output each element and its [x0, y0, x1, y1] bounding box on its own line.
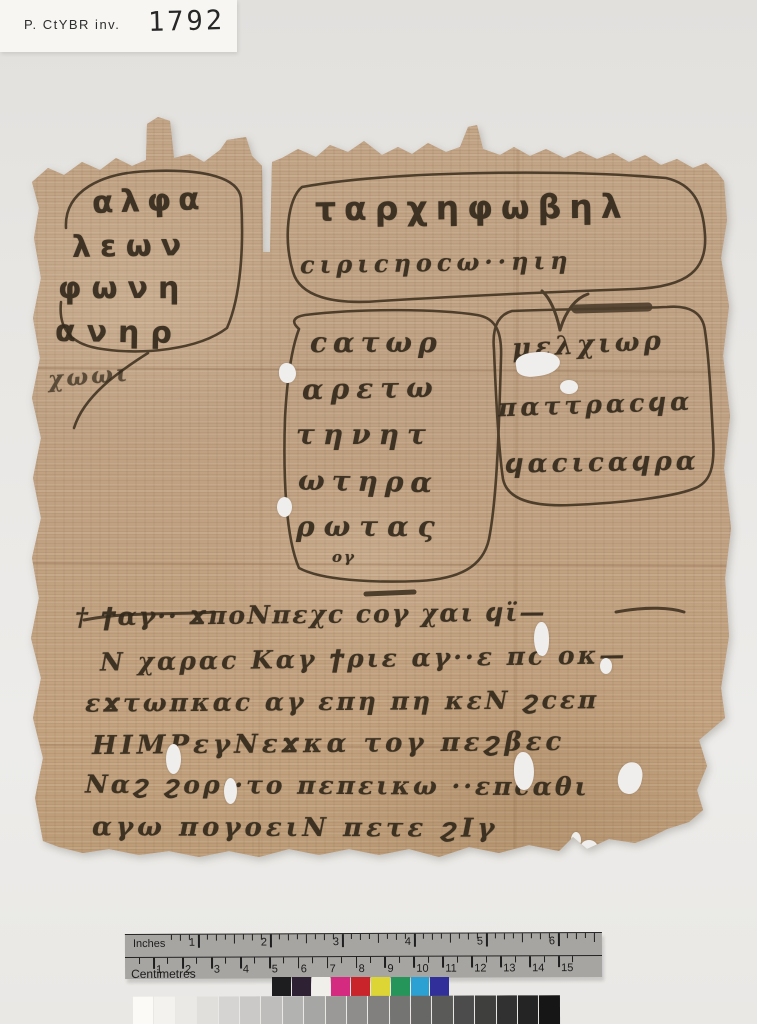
lacuna — [600, 658, 612, 674]
color-patch — [292, 977, 311, 996]
ruler-tick — [351, 934, 352, 939]
ruler-tick — [225, 935, 226, 940]
ruler-tick — [327, 957, 329, 968]
ruler-tick — [225, 958, 226, 964]
ruler-tick — [450, 934, 451, 943]
ruler-inch-number: 3 — [325, 936, 339, 948]
grayscale-patch — [497, 995, 517, 1024]
cartouche-sator-line: αρετω — [302, 371, 440, 406]
grayscale-patch — [368, 996, 388, 1024]
ruler-tick — [522, 933, 523, 942]
ruler-tick — [387, 934, 388, 939]
crease-line — [30, 563, 728, 566]
ruler-tick — [513, 933, 514, 938]
ruler-tick — [423, 934, 424, 939]
ruler-inch-number: 5 — [469, 935, 483, 947]
ruler-tick — [531, 933, 532, 938]
color-patch — [430, 977, 449, 996]
main-text-line: αγω πογοειΝ πετε ϩΙγ — [92, 812, 499, 843]
grayscale-patch — [454, 996, 474, 1024]
cartouche-sator-below: ογ — [332, 548, 356, 566]
color-patch — [391, 977, 410, 996]
cartouche-voces-line: ταρχηφωβηλ — [315, 187, 630, 229]
ruler-tick — [567, 933, 568, 938]
lacuna — [571, 832, 581, 848]
color-patch — [411, 977, 430, 996]
ruler: Inches 123456 Centimetres 12345678910111… — [125, 932, 602, 979]
ruler-tick — [495, 933, 496, 938]
ruler-tick — [384, 957, 386, 968]
grayscale-patch — [133, 997, 153, 1024]
ruler-tick — [370, 957, 371, 963]
cartouche-sator-line: τηνητ — [296, 418, 434, 451]
ruler-cm-number: 9 — [387, 963, 393, 975]
ruler-cm-number: 6 — [301, 963, 307, 975]
ruler-inch-number: 4 — [397, 936, 411, 948]
ruler-tick — [442, 957, 444, 968]
ruler-tick — [153, 958, 155, 969]
grayscale-patch — [283, 996, 303, 1024]
ruler-cm-number: 13 — [503, 962, 515, 974]
color-patch — [331, 977, 350, 996]
grayscale-patch — [325, 996, 345, 1024]
ruler-cm-number: 11 — [445, 963, 456, 975]
ruler-tick — [207, 935, 208, 940]
ruler-tick — [306, 934, 307, 943]
color-calibration-bar — [272, 977, 449, 996]
ruler-inches-label: Inches — [133, 938, 165, 950]
ruler-tick — [139, 958, 140, 964]
lacuna — [166, 744, 181, 774]
papyrus-fragment: αλφα λεων φωνη ανηρ χωωι ταρχηφωβηλ ϲιρι… — [0, 0, 757, 1024]
cartouche-sator-line: ϲατωρ — [310, 326, 443, 359]
ruler-tick — [457, 957, 458, 963]
ruler-cm-number: 3 — [214, 964, 220, 976]
grayscale-patch — [240, 996, 260, 1024]
grayscale-calibration-bar — [133, 995, 560, 1024]
cartouche-alpha-line: ανηρ — [55, 314, 183, 351]
line-end-flourish — [616, 608, 684, 612]
cartouche-voces-line: ϲιριϲηοϲω··ηιη — [300, 246, 573, 280]
ruler-tick — [283, 957, 284, 963]
ruler-tick — [471, 957, 473, 968]
ruler-tick — [171, 935, 172, 940]
grayscale-patch — [411, 996, 431, 1024]
ruler-cm-number: 15 — [561, 962, 573, 974]
ruler-tick — [288, 934, 289, 940]
ruler-cm-number: 4 — [243, 963, 249, 975]
cartouche-sator-line: ρωτας — [296, 510, 444, 543]
ruler-tick — [576, 933, 577, 939]
main-text-line: εϫτωπκαϲ αγ επη πη κεΝ ϩϲεπ — [85, 685, 599, 718]
grayscale-patch — [176, 997, 196, 1024]
grayscale-patch — [518, 995, 538, 1024]
lacuna — [514, 752, 534, 790]
ruler-tick — [167, 958, 168, 964]
ruler-inch-number: 2 — [253, 936, 267, 948]
main-text-line: † ϯαγ·· ϫποΝπεχϲ ϲογ χαι ϥϊ— — [75, 598, 547, 632]
lacuna — [534, 622, 549, 656]
grayscale-patch — [219, 996, 239, 1024]
lacuna — [560, 380, 578, 394]
ruler-tick — [216, 935, 217, 941]
cartouche-alpha-line: λεων — [72, 228, 191, 265]
ruler-cm-number: 1 — [156, 964, 162, 976]
ruler-tick — [196, 958, 197, 964]
grayscale-patch — [475, 995, 495, 1024]
ruler-cm-number: 12 — [474, 962, 486, 974]
photograph: P. CtYBR inv. 1792 — [0, 0, 757, 1024]
ruler-inches-row: Inches 123456 — [125, 932, 602, 958]
lacuna — [224, 778, 237, 804]
grayscale-patch — [261, 996, 281, 1024]
grayscale-patch — [197, 996, 217, 1024]
cartouche-sator-line: ωτηρα — [298, 464, 440, 499]
grayscale-patch — [154, 997, 174, 1024]
ruler-cm-number: 14 — [532, 962, 544, 974]
ruler-tick — [594, 933, 595, 942]
cartouche-alpha-line: αλφα — [91, 181, 207, 221]
ruler-tick — [198, 935, 200, 948]
cartouche-magi-line: ϥαϲιϲαϥρα — [505, 446, 700, 479]
ink-blob — [576, 307, 648, 309]
ruler-tick — [369, 934, 370, 939]
ruler-tick — [240, 958, 242, 969]
ruler-tick — [342, 934, 344, 947]
papyrus-wrapper: αλφα λεων φωνη ανηρ χωωι ταρχηφωβηλ ϲιρι… — [0, 0, 757, 1024]
ruler-tick — [413, 957, 415, 968]
ruler-tick — [432, 934, 433, 940]
ruler-cm-row: Centimetres 123456789101112131415 — [125, 956, 602, 979]
ruler-cm-number: 7 — [330, 963, 336, 975]
ruler-cm-number: 8 — [359, 963, 365, 975]
ruler-tick — [297, 934, 298, 939]
ruler-tick — [269, 957, 271, 968]
ruler-tick — [270, 934, 272, 947]
ruler-tick — [504, 933, 505, 939]
cartouche-alpha-line: φωνη — [58, 271, 189, 306]
ruler-tick — [414, 934, 416, 947]
main-text-line: ΗΙΜΡεγΝεϫκα τογ πεϩβεϲ — [92, 727, 566, 761]
ruler-tick — [279, 934, 280, 939]
ruler-tick — [254, 957, 255, 963]
ruler-tick — [356, 957, 358, 968]
grayscale-patch — [390, 996, 410, 1024]
ruler-tick — [399, 957, 400, 963]
ruler-tick — [378, 934, 379, 943]
grayscale-patch — [304, 996, 324, 1024]
ruler-tick — [459, 934, 460, 939]
ruler-tick — [529, 956, 531, 967]
color-patch — [272, 977, 291, 996]
lacuna — [277, 497, 292, 517]
grayscale-patch — [347, 996, 367, 1024]
ruler-cm-number: 10 — [416, 963, 428, 975]
ruler-tick — [500, 956, 502, 967]
ruler-cm-number: 2 — [185, 964, 191, 976]
ruler-tick — [360, 934, 361, 940]
ruler-tick — [234, 935, 235, 944]
ruler-tick — [558, 956, 560, 967]
lacuna — [279, 363, 296, 383]
ruler-tick — [182, 958, 184, 969]
ruler-tick — [315, 934, 316, 939]
lacuna — [580, 840, 598, 856]
ruler-tick — [312, 957, 313, 963]
ruler-tick — [558, 933, 560, 946]
color-patch — [351, 977, 370, 996]
color-patch — [312, 977, 331, 996]
ruler-cm-number: 5 — [272, 963, 278, 975]
ruler-tick — [441, 934, 442, 939]
ruler-inch-number: 1 — [181, 937, 195, 949]
grayscale-patch — [432, 996, 452, 1024]
ruler-inch-number: 6 — [541, 935, 555, 947]
ruler-tick — [243, 935, 244, 940]
ruler-tick — [486, 933, 488, 946]
ruler-tick — [211, 958, 213, 969]
ruler-tick — [341, 957, 342, 963]
grayscale-patch — [539, 995, 559, 1024]
ruler-tick — [585, 933, 586, 938]
ruler-tick — [298, 957, 300, 968]
color-patch — [371, 977, 390, 996]
supralinear-stroke — [366, 592, 414, 594]
